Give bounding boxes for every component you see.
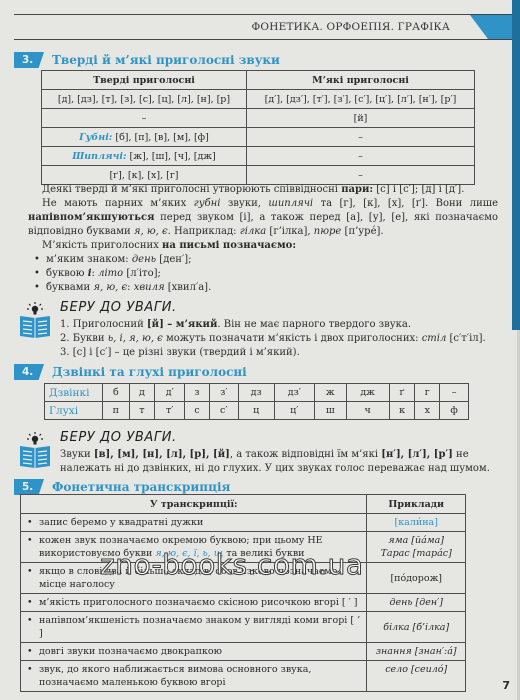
soft-cell: – [247, 128, 475, 147]
example-line: Тарас [тара́с] [371, 547, 461, 560]
voiced-row: Дзвінкі бдд′зз′дздз′жджґг– [45, 384, 469, 402]
text: , а також відповідні їм м’які [230, 449, 381, 460]
section-4-badge: 4. [14, 364, 44, 380]
bold-text: пари: [341, 184, 373, 195]
voiced-voiceless-table: Дзвінкі бдд′зз′дздз′жджґг– Глухі птт′сс′… [44, 383, 469, 420]
table-row: звук, до якого наближається вимова основ… [21, 661, 466, 692]
italic-text: губні [194, 198, 221, 209]
section-3-text: Деякі тверді й м’які приголосні утворюют… [28, 183, 498, 295]
note-2-title: БЕРУ ДО УВАГИ. [60, 430, 177, 445]
text: [хвил′а]. [165, 282, 212, 293]
example-word: літо [98, 268, 123, 279]
example-cell: знання [знан′:а́] [367, 643, 466, 661]
table-row: напівпом’якшеність позначаємо знаком у в… [21, 612, 466, 643]
text: та [г], [к], [х], [ґ]. Вони лише [313, 198, 498, 209]
note-1-title: БЕРУ ДО УВАГИ. [60, 300, 177, 315]
text: М’якість приголосних [42, 240, 162, 251]
voiceless-sound-cell: с [185, 402, 210, 420]
text: буквою [46, 268, 88, 279]
voiced-sound-cell: ж [314, 384, 346, 402]
example-cell: яма [йа́ма]Тарас [тара́с] [367, 532, 466, 563]
table-header-row: У транскрипції: Приклади [21, 495, 466, 514]
voiced-label: Дзвінкі [45, 384, 103, 402]
bold-text: [н′], [л′], [р′] [381, 449, 453, 460]
column-header-rule: У транскрипції: [21, 495, 367, 514]
note-text: Звуки [в], [м], [н], [л], [р], [й], а та… [60, 448, 500, 476]
example-cell: село [сеило́] [367, 661, 466, 692]
voiced-sound-cell: д [129, 384, 155, 402]
voiced-sound-cell: дз′ [274, 384, 314, 402]
soft-cell: – [247, 166, 475, 185]
italic-text: шиплячі [268, 198, 313, 209]
column-header-hard: Тверді приголосні [42, 71, 247, 90]
example-cell: день [ден′] [367, 594, 466, 612]
note-item: 2. Букви ь, і, я, ю, є можуть позначати … [60, 332, 500, 346]
bold-text: на письмі позначаємо: [162, 240, 296, 251]
section-4-title: Дзвінкі та глухі приголосні [52, 365, 247, 379]
rule-cell: напівпом’якшеність позначаємо знаком у в… [21, 612, 367, 643]
text: Звуки [60, 449, 94, 460]
rule-cell: запис беремо у квадратні дужки [21, 514, 367, 532]
sibilant-label: Шиплячі: [72, 151, 126, 162]
list-item: м’яким знаком: день [ден′]; [28, 253, 498, 267]
table-row: Шиплячі: [ж], [ш], [ч], [дж] – [42, 147, 475, 166]
column-header-examples: Приклади [367, 495, 466, 514]
book-lightbulb-icon [18, 432, 52, 468]
paragraph-softness: М’якість приголосних на письмі позначаєм… [28, 239, 498, 253]
bold-text: напівпом’якшуються [28, 212, 155, 223]
text: 2. Букви [60, 333, 108, 344]
soft-cell: [й] [247, 109, 475, 128]
page-number: 7 [502, 679, 510, 692]
hard-soft-consonants-table: Тверді приголосні М’які приголосні [д], … [41, 70, 475, 185]
book-lightbulb-icon [18, 302, 52, 338]
voiced-sound-cell: д′ [155, 384, 185, 402]
section-3-title: Тверді й м’які приголосні звуки [52, 53, 280, 67]
text: 1. Приголосний [60, 319, 147, 330]
example-cell: [кали́на] [367, 514, 466, 532]
hard-cell: Губні: [б], [п], [в], [м], [ф] [42, 128, 247, 147]
voiceless-sound-cell: т [129, 402, 155, 420]
bold-text: [в], [м], [н], [л], [р], [й] [94, 449, 230, 460]
table-row: Губні: [б], [п], [в], [м], [ф] – [42, 128, 475, 147]
text: [с′т′іл]. [446, 333, 485, 344]
text: можуть позначати м’якість і двох приголо… [163, 333, 422, 344]
list-item: буквами я, ю, є: хвиля [хвил′а]. [28, 281, 498, 295]
section-3-header: 3. Тверді й м’які приголосні звуки [14, 51, 280, 69]
table-row: – [й] [42, 109, 475, 128]
table-row: м’якість приголосного позначаємо скісною… [21, 594, 466, 612]
voiceless-sound-cell: т′ [155, 402, 185, 420]
column-header-soft: М’які приголосні [247, 71, 475, 90]
table-header-row: Тверді приголосні М’які приголосні [42, 71, 475, 90]
voiceless-sound-cell: с′ [209, 402, 238, 420]
rule-cell: м’якість приголосного позначаємо скісною… [21, 594, 367, 612]
voiced-sound-cell: – [440, 384, 469, 402]
list-item: буквою і: літо [л′іто]; [28, 267, 498, 281]
voiced-sound-cell: з′ [209, 384, 238, 402]
note-2-body: Звуки [в], [м], [н], [л], [р], [й], а та… [60, 448, 500, 476]
voiceless-sound-cell: ф [440, 402, 469, 420]
watermark: zno-books.com.ua [100, 548, 364, 581]
voiced-sound-cell: г [415, 384, 440, 402]
table-row: [ґ], [к], [х], [г] – [42, 166, 475, 185]
running-header-title: ФОНЕТИКА. ОРФОЕПІЯ. ГРАФІКА [252, 21, 451, 33]
transcription-table: У транскрипції: Приклади запис беремо у … [20, 494, 466, 692]
voiceless-row: Глухі птт′сс′цц′шчкхф [45, 402, 469, 420]
letter: я, ю, є [93, 282, 127, 293]
section-5-badge: 5. [14, 479, 44, 495]
text: [ден′]; [156, 254, 191, 265]
voiced-sound-cell: ґ [389, 384, 415, 402]
voiced-sound-cell: з [185, 384, 210, 402]
section-4-header: 4. Дзвінкі та глухі приголосні [14, 363, 247, 381]
rule-cell: звук, до якого наближається вимова основ… [21, 661, 367, 692]
hard-cell: [ґ], [к], [х], [г] [42, 166, 247, 185]
bold-text: [й] – м’який [147, 319, 217, 330]
soft-cell: [д′], [дз′], [т′], [з′], [с′], [ц′], [л′… [247, 90, 475, 109]
section-3-badge: 3. [14, 52, 44, 68]
note-1-body: 1. Приголосний [й] – м’який. Він не має … [60, 318, 500, 360]
table-row: запис беремо у квадратні дужки [кали́на] [21, 514, 466, 532]
example-word: хвиля [134, 282, 165, 293]
example-cell: [по́дорож] [367, 563, 466, 594]
text: [г’ілка], [266, 226, 314, 237]
rule-cell: довгі звуки позначаємо двокрапкою [21, 643, 367, 661]
voiced-sound-cell: б [103, 384, 130, 402]
hard-cell: Шиплячі: [ж], [ш], [ч], [дж] [42, 147, 247, 166]
page-tab-stripe [512, 0, 520, 330]
sibilant-sounds: [ж], [ш], [ч], [дж] [130, 151, 216, 162]
table-row: [д], [дз], [т], [з], [с], [ц], [л], [н],… [42, 90, 475, 109]
voiced-sound-cell: дз [238, 384, 274, 402]
text: м’яким знаком: [46, 254, 132, 265]
text: . Він не має парного твердого звука. [217, 319, 411, 330]
voiceless-sound-cell: х [415, 402, 440, 420]
note-item: 1. Приголосний [й] – м’який. Він не має … [60, 318, 500, 332]
example-cell: білка [б’ілка] [367, 612, 466, 643]
paragraph-no-pairs: Не мають парних м’яких губні звуки, шипл… [28, 197, 498, 239]
text: буквами [46, 282, 93, 293]
text: Не мають парних м’яких [42, 198, 194, 209]
text: [с] і [с′]; [д] і [д′]. [373, 184, 464, 195]
voiceless-sound-cell: к [389, 402, 415, 420]
example-word: день [132, 254, 156, 265]
italic-text: ь, і, я, ю, є [108, 333, 163, 344]
voiced-sound-cell: дж [346, 384, 389, 402]
italic-text: пюре [314, 226, 342, 237]
hard-cell: [д], [дз], [т], [з], [с], [ц], [л], [н],… [42, 90, 247, 109]
hard-cell: – [42, 109, 247, 128]
running-header: ФОНЕТИКА. ОРФОЕПІЯ. ГРАФІКА [14, 15, 512, 40]
labial-sounds: [б], [п], [в], [м], [ф] [115, 132, 208, 143]
text: Деякі тверді й м’які приголосні утворюют… [42, 184, 341, 195]
voiceless-sound-cell: ц [238, 402, 274, 420]
voiceless-label: Глухі [45, 402, 103, 420]
text: [л′іто]; [123, 268, 161, 279]
italic-text: гілка [240, 226, 267, 237]
note-item: 3. [с] і [с′] – це різні звуки (твердий … [60, 346, 500, 360]
soft-cell: – [247, 147, 475, 166]
italic-text: я, ю, є [134, 226, 168, 237]
text: 3. [с] і [с′] – це різні звуки (твердий … [60, 347, 300, 358]
section-5-title: Фонетична транскрипція [52, 480, 230, 494]
text: звуки, [220, 198, 268, 209]
voiceless-sound-cell: ц′ [274, 402, 314, 420]
labial-label: Губні: [79, 132, 112, 143]
voiceless-sound-cell: ш [314, 402, 346, 420]
voiceless-sound-cell: п [103, 402, 130, 420]
example-word: стіл [422, 333, 447, 344]
table-row: довгі звуки позначаємо двокрапкою знання… [21, 643, 466, 661]
example-line: яма [йа́ма] [371, 534, 461, 547]
text: [п’уре́]. [341, 226, 383, 237]
softness-list: м’яким знаком: день [ден′]; буквою і: лі… [28, 253, 498, 295]
header-corner-decoration [452, 15, 512, 39]
text: . Наприклад: [168, 226, 240, 237]
paragraph-pairs: Деякі тверді й м’які приголосні утворюют… [28, 183, 498, 197]
voiceless-sound-cell: ч [346, 402, 389, 420]
